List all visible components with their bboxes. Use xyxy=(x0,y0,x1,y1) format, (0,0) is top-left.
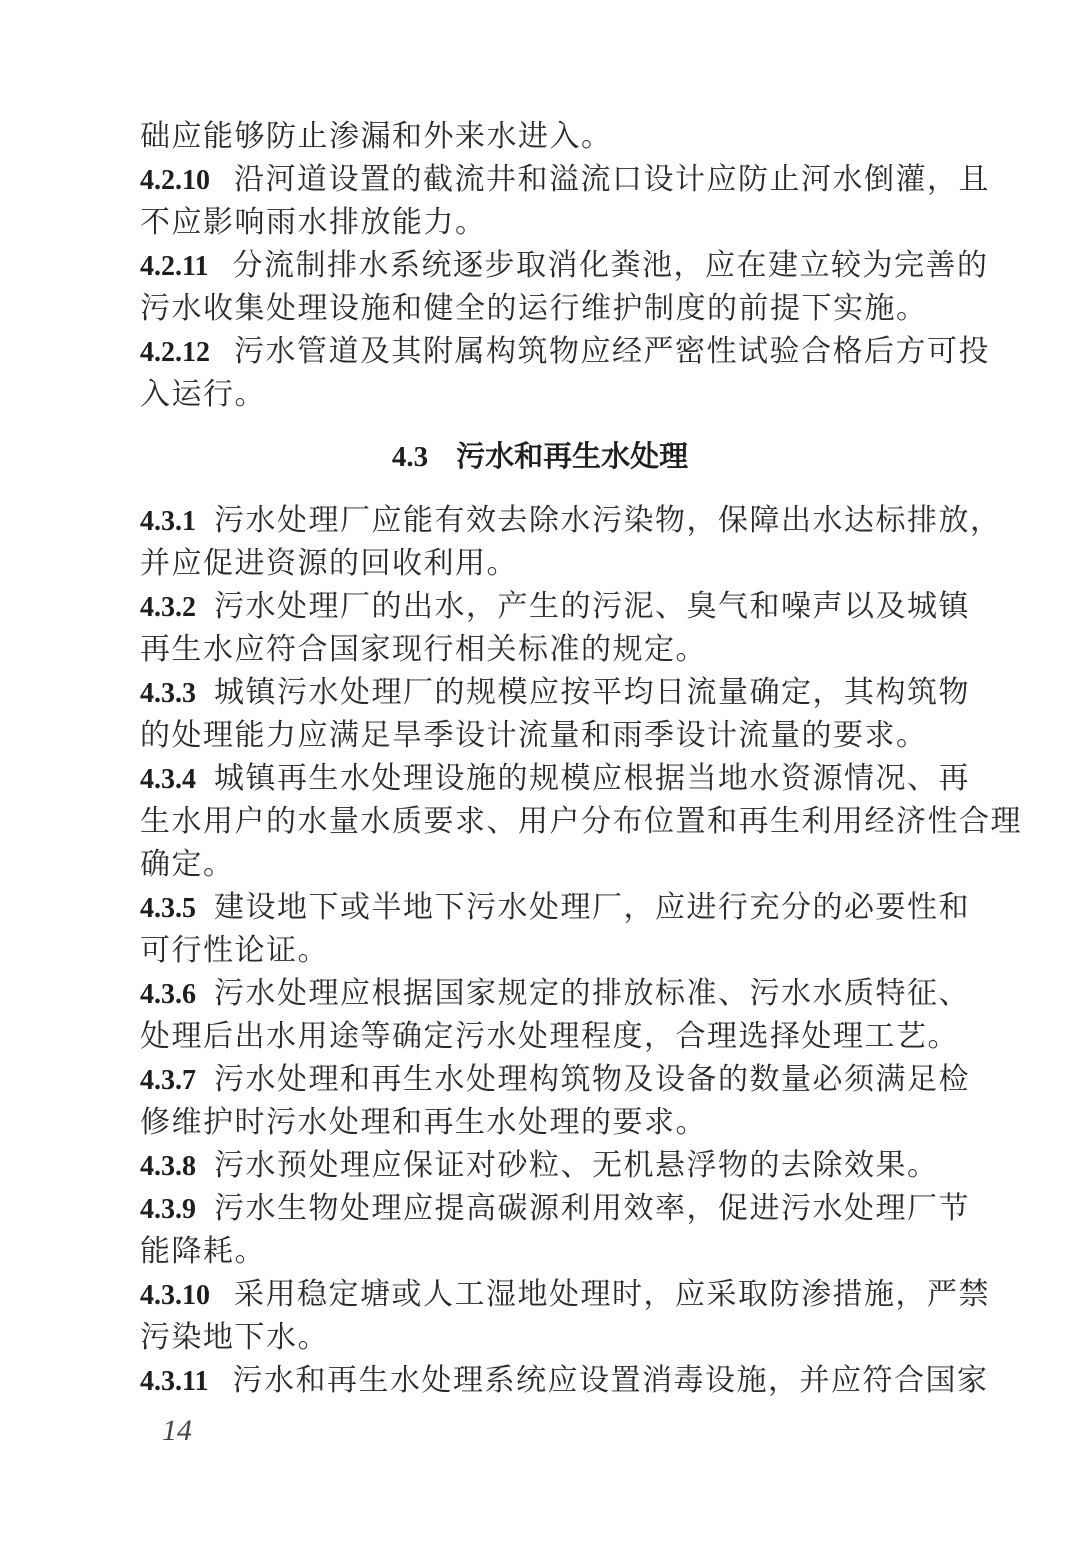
text-line: 生水用户的水量水质要求、用户分布位置和再生利用经济性合理 xyxy=(140,800,940,843)
page-number: 14 xyxy=(162,1414,192,1448)
clause-number: 4.3.10 xyxy=(140,1274,210,1317)
clause-4-2-12: 4.2.12污水管道及其附属构筑物应经严密性试验合格后方可投 xyxy=(140,330,940,373)
line-text: 污水处理应根据国家规定的排放标准、污水水质特征、 xyxy=(214,976,970,1011)
clause-number: 4.3.3 xyxy=(140,672,196,715)
clause-4-2-10: 4.2.10沿河道设置的截流井和溢流口设计应防止河水倒灌，且 xyxy=(140,158,940,201)
clauses-4-3: 4.3.1污水处理厂应能有效去除水污染物，保障出水达标排放， 并应促进资源的回收… xyxy=(140,499,940,1402)
text-line: 能降耗。 xyxy=(140,1230,940,1273)
line-text: 采用稳定塘或人工湿地处理时，应采取防渗措施，严禁 xyxy=(234,1277,990,1312)
line-text: 沿河道设置的截流井和溢流口设计应防止河水倒灌，且 xyxy=(234,162,990,197)
text-line: 再生水应符合国家现行相关标准的规定。 xyxy=(140,628,940,671)
clause-number: 4.2.10 xyxy=(140,159,210,202)
line-text: 并应促进资源的回收利用。 xyxy=(140,546,518,581)
clause-number: 4.3.2 xyxy=(140,586,196,629)
clause-number: 4.3.11 xyxy=(140,1360,208,1403)
clause-4-3-8: 4.3.8污水预处理应保证对砂粒、无机悬浮物的去除效果。 xyxy=(140,1144,940,1187)
line-text: 污水和再生水处理系统应设置消毒设施，并应符合国家 xyxy=(232,1363,988,1398)
clause-number: 4.3.9 xyxy=(140,1188,196,1231)
line-text: 能降耗。 xyxy=(140,1234,266,1269)
line-text: 建设地下或半地下污水处理厂，应进行充分的必要性和 xyxy=(214,890,970,925)
line-text: 确定。 xyxy=(140,847,235,882)
clause-number: 4.2.11 xyxy=(140,245,208,288)
text-line: 处理后出水用途等确定污水处理程度，合理选择处理工艺。 xyxy=(140,1015,940,1058)
line-text: 可行性论证。 xyxy=(140,933,329,968)
line-text: 修维护时污水处理和再生水处理的要求。 xyxy=(140,1105,707,1140)
section-title: 污水和再生水处理 xyxy=(456,439,688,473)
document-page: 础应能够防止渗漏和外来水进入。 4.2.10沿河道设置的截流井和溢流口设计应防止… xyxy=(140,115,940,1402)
line-text: 污水处理厂的出水，产生的污泥、臭气和噪声以及城镇 xyxy=(214,589,970,624)
clauses-4-2: 础应能够防止渗漏和外来水进入。 4.2.10沿河道设置的截流井和溢流口设计应防止… xyxy=(140,115,940,416)
text-line: 不应影响雨水排放能力。 xyxy=(140,201,940,244)
line-text: 污水管道及其附属构筑物应经严密性试验合格后方可投 xyxy=(234,334,990,369)
line-text: 污水预处理应保证对砂粒、无机悬浮物的去除效果。 xyxy=(214,1148,939,1183)
line-text: 城镇污水处理厂的规模应按平均日流量确定，其构筑物 xyxy=(214,675,970,710)
clause-4-3-11: 4.3.11污水和再生水处理系统应设置消毒设施，并应符合国家 xyxy=(140,1359,940,1402)
text-line: 的处理能力应满足旱季设计流量和雨季设计流量的要求。 xyxy=(140,714,940,757)
clause-4-3-7: 4.3.7污水处理和再生水处理构筑物及设备的数量必须满足检 xyxy=(140,1058,940,1101)
clause-number: 4.3.4 xyxy=(140,758,196,801)
line-text: 生水用户的水量水质要求、用户分布位置和再生利用经济性合理 xyxy=(140,804,1022,839)
line-text: 础应能够防止渗漏和外来水进入。 xyxy=(140,119,613,154)
clause-number: 4.3.5 xyxy=(140,887,196,930)
text-line: 修维护时污水处理和再生水处理的要求。 xyxy=(140,1101,940,1144)
section-heading: 4.3污水和再生水处理 xyxy=(140,435,940,478)
text-line: 入运行。 xyxy=(140,373,940,416)
clause-number: 4.2.12 xyxy=(140,331,210,374)
clause-4-3-3: 4.3.3城镇污水处理厂的规模应按平均日流量确定，其构筑物 xyxy=(140,671,940,714)
clause-4-3-4: 4.3.4城镇再生水处理设施的规模应根据当地水资源情况、再 xyxy=(140,757,940,800)
line-text: 污水处理和再生水处理构筑物及设备的数量必须满足检 xyxy=(214,1062,970,1097)
clause-4-3-10: 4.3.10采用稳定塘或人工湿地处理时，应采取防渗措施，严禁 xyxy=(140,1273,940,1316)
line-text: 分流制排水系统逐步取消化粪池，应在建立较为完善的 xyxy=(232,248,988,283)
clause-number: 4.3.8 xyxy=(140,1145,196,1188)
text-line: 污水收集处理设施和健全的运行维护制度的前提下实施。 xyxy=(140,287,940,330)
line-text: 污水生物处理应提高碳源利用效率，促进污水处理厂节 xyxy=(214,1191,970,1226)
line-text: 入运行。 xyxy=(140,377,266,412)
clause-4-3-1: 4.3.1污水处理厂应能有效去除水污染物，保障出水达标排放， xyxy=(140,499,940,542)
clause-4-3-6: 4.3.6污水处理应根据国家规定的排放标准、污水水质特征、 xyxy=(140,972,940,1015)
clause-number: 4.3.1 xyxy=(140,500,196,543)
clause-4-3-5: 4.3.5建设地下或半地下污水处理厂，应进行充分的必要性和 xyxy=(140,886,940,929)
clause-4-3-9: 4.3.9污水生物处理应提高碳源利用效率，促进污水处理厂节 xyxy=(140,1187,940,1230)
clause-number: 4.3.7 xyxy=(140,1059,196,1102)
clause-number: 4.3.6 xyxy=(140,973,196,1016)
text-line: 可行性论证。 xyxy=(140,929,940,972)
line-text: 再生水应符合国家现行相关标准的规定。 xyxy=(140,632,707,667)
clause-4-3-2: 4.3.2污水处理厂的出水，产生的污泥、臭气和噪声以及城镇 xyxy=(140,585,940,628)
line-text: 处理后出水用途等确定污水处理程度，合理选择处理工艺。 xyxy=(140,1019,959,1054)
section-number: 4.3 xyxy=(392,441,428,473)
line-text: 污水收集处理设施和健全的运行维护制度的前提下实施。 xyxy=(140,291,928,326)
text-line: 并应促进资源的回收利用。 xyxy=(140,542,940,585)
clause-4-2-11: 4.2.11分流制排水系统逐步取消化粪池，应在建立较为完善的 xyxy=(140,244,940,287)
line-text: 不应影响雨水排放能力。 xyxy=(140,205,487,240)
text-line: 污染地下水。 xyxy=(140,1316,940,1359)
line-text: 城镇再生水处理设施的规模应根据当地水资源情况、再 xyxy=(214,761,970,796)
line-text: 污染地下水。 xyxy=(140,1320,329,1355)
text-line: 础应能够防止渗漏和外来水进入。 xyxy=(140,115,940,158)
line-text: 污水处理厂应能有效去除水污染物，保障出水达标排放， xyxy=(214,503,1002,538)
line-text: 的处理能力应满足旱季设计流量和雨季设计流量的要求。 xyxy=(140,718,928,753)
text-line: 确定。 xyxy=(140,843,940,886)
